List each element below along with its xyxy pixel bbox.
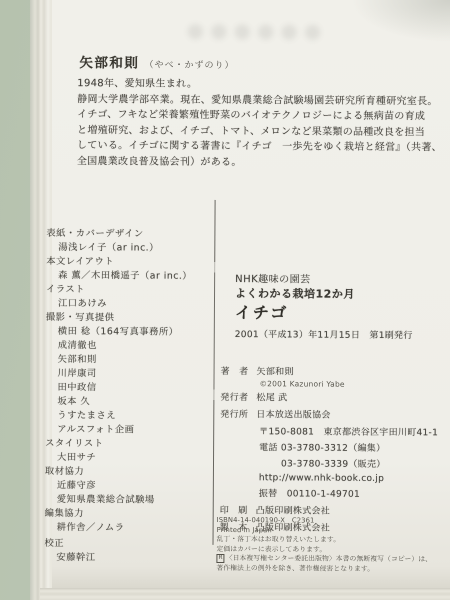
- credit-category: 表紙・カバーデザイン: [46, 225, 143, 240]
- credit-category: 本文レイアウト: [46, 253, 114, 267]
- colophon-publisher-row: 発行所日本放送出版協会: [220, 407, 438, 421]
- credit-name: 近藤守彦: [57, 477, 96, 491]
- bio-line: イチゴ、フキなど栄養繁殖性野菜のバイオテクノロジーによる無病苗の育成: [77, 107, 442, 125]
- author-name: 矢部和則: [79, 55, 139, 71]
- credit-name: 愛知県農業総合試験場: [57, 491, 155, 506]
- publisher-value: 日本放送出版協会: [256, 410, 330, 420]
- edition-date: 2001（平成13）年11月15日 第1刷発行: [235, 327, 413, 341]
- credit-name: 川岸康司: [58, 365, 97, 379]
- credit-category: イラスト: [46, 281, 85, 295]
- credit-name: 成清徹也: [58, 337, 97, 351]
- credit-category: 校正: [44, 535, 64, 549]
- credits-column: 表紙・カバーデザイン 湯浅レイ子（ar inc.） 本文レイアウト 森 薫／木田…: [44, 225, 216, 561]
- credit-name: 横田 稔（164写真事務所）: [58, 323, 179, 338]
- colophon-author-row: 著 者矢部和則: [221, 364, 439, 378]
- printer-label: 印 刷: [220, 503, 256, 516]
- fine-print-block: ISBN4-14-040190-X C2361 Printed in Japan…: [216, 516, 432, 575]
- colophon-printer-row: 印 刷凸版印刷株式会社: [220, 503, 438, 517]
- credit-category: 編集協力: [45, 505, 84, 519]
- author-header: 矢部和則 （やべ・かずのり）: [79, 51, 234, 72]
- copyright-line: ©2001 Kazunori Yabe: [259, 379, 438, 389]
- book-colophon-photo: ●●●●●● 矢部和則 （やべ・かずのり） 1948年、愛知県生まれ。 静岡大学…: [0, 0, 450, 600]
- publisher-person-value: 松尾 武: [256, 393, 287, 403]
- publisher-person-label: 発行者: [220, 390, 256, 403]
- credit-name: 坂本 久: [57, 393, 90, 407]
- credit-category: 取材協力: [45, 463, 84, 477]
- bio-line: している。イチゴに関する著書に『イチゴ 一歩先をゆく栽培と経営』（共著、: [77, 138, 442, 156]
- credit-name: 湯浅レイ子（ar inc.）: [58, 239, 159, 254]
- credit-name: 安藤幹江: [56, 549, 95, 563]
- bleedthrough-ghost-text: ●●●●●●: [187, 18, 328, 43]
- credit-name: 田中政信: [57, 379, 96, 393]
- page-content: ●●●●●● 矢部和則 （やべ・かずのり） 1948年、愛知県生まれ。 静岡大学…: [0, 0, 450, 600]
- author-value: 矢部和則: [257, 367, 294, 377]
- bio-line: 全国農業改良普及協会刊）がある。: [77, 154, 442, 172]
- colophon-publisher-person-row: 発行者松尾 武: [220, 390, 438, 404]
- series-title: NHK趣味の園芸: [235, 270, 311, 285]
- publisher-address: 〒150-8081 東京都渋谷区宇田川町41-1: [259, 424, 438, 438]
- publisher-url: http://www.nhk-book.co.jp: [259, 473, 438, 484]
- credit-category: スタイリスト: [45, 435, 104, 449]
- author-bio: 1948年、愛知県生まれ。 静岡大学農学部卒業。現在、愛知県農業総合試験場園芸研…: [77, 76, 443, 171]
- jrrc-r-mark: R: [216, 554, 224, 563]
- publisher-phone-edit: 電話 03-3780-3312（編集）: [259, 440, 438, 454]
- credit-name: アルスフォト企画: [57, 421, 134, 435]
- publisher-label: 発行所: [220, 407, 256, 420]
- credit-name: 森 薫／木田橋遥子（ar inc.）: [58, 267, 192, 282]
- fine-print-line: 著作権法上の例外を除き、著作権侵害となります。: [216, 564, 432, 575]
- credit-category: 撮影・写真提供: [46, 309, 115, 323]
- printer-value: 凸版印刷株式会社: [256, 506, 330, 516]
- credit-name: うすたまさえ: [57, 407, 116, 421]
- credit-name: 矢部和則: [58, 351, 97, 365]
- publisher-phone-sales: 03-3780-3339（販売）: [281, 456, 438, 470]
- author-name-kana: （やべ・かずのり）: [144, 61, 234, 72]
- credit-name: 耕作舎／ノムラ: [57, 519, 125, 533]
- fine-print-line-text: 〈日本複写権センター委託出版物〉本書の無断複写（コピー）は、: [226, 554, 432, 563]
- credit-name: 大田サチ: [57, 449, 96, 463]
- credit-name: 江口あけみ: [58, 295, 107, 309]
- book-title: イチゴ: [235, 300, 289, 323]
- colophon-block: 著 者矢部和則 ©2001 Kazunori Yabe 発行者松尾 武 発行所日…: [220, 364, 439, 534]
- author-label: 著 者: [221, 364, 257, 377]
- postal-transfer: 振替 00110-1-49701: [259, 486, 438, 500]
- bio-line: 1948年、愛知県生まれ。: [77, 76, 442, 94]
